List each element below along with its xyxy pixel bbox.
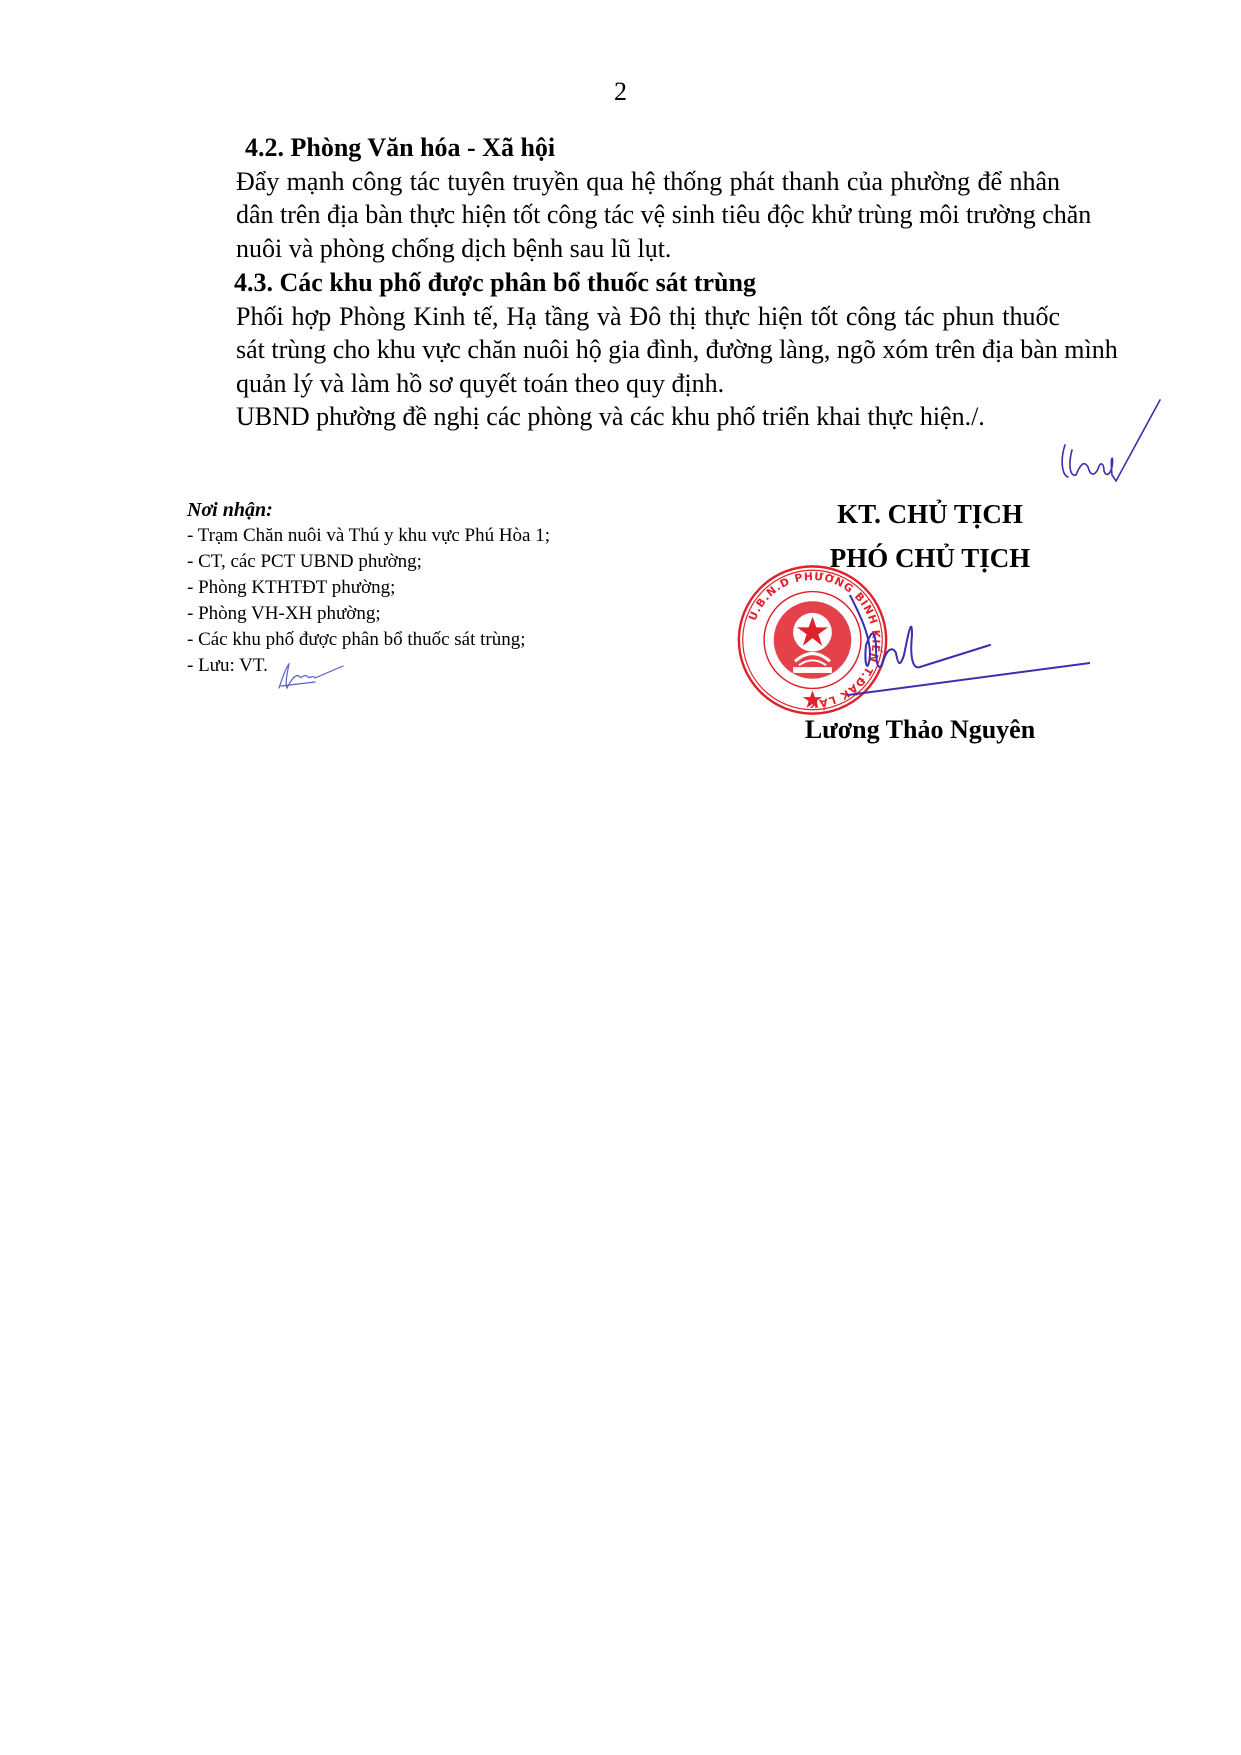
recipient-item: - Lưu: VT. — [187, 653, 647, 679]
closing-line: UBND phường đề nghị các phòng và các khu… — [178, 400, 1060, 434]
closing-paragraph: UBND phường đề nghị các phòng và các khu… — [178, 400, 1060, 434]
paragraph-line: nuôi và phòng chống dịch bệnh sau lũ lụt… — [178, 232, 1060, 266]
paragraph-line: Đẩy mạnh công tác tuyên truyền qua hệ th… — [178, 165, 1060, 199]
recipient-item: - Các khu phố được phân bổ thuốc sát trù… — [187, 627, 647, 653]
paragraph-line: dân trên địa bàn thực hiện tốt công tác … — [178, 198, 1060, 232]
recipient-item: - Phòng VH-XH phường; — [187, 601, 647, 627]
main-signature-icon — [840, 595, 1090, 715]
section-4-3: 4.3. Các khu phố được phân bổ thuốc sát … — [178, 266, 1060, 434]
signer-name: Lương Thảo Nguyên — [760, 715, 1080, 745]
section-heading: 4.3. Các khu phố được phân bổ thuốc sát … — [178, 266, 1060, 300]
archive-initial-icon — [275, 658, 345, 692]
recipients-title: Nơi nhận: — [187, 497, 647, 523]
initial-signature-icon — [1050, 395, 1170, 495]
section-paragraph: Đẩy mạnh công tác tuyên truyền qua hệ th… — [178, 165, 1060, 266]
signature-role-line-1: KT. CHỦ TỊCH — [780, 492, 1080, 536]
paragraph-line: quản lý và làm hồ sơ quyết toán theo quy… — [178, 367, 1060, 401]
recipient-item: - CT, các PCT UBND phường; — [187, 549, 647, 575]
paragraph-line: sát trùng cho khu vực chăn nuôi hộ gia đ… — [178, 333, 1060, 367]
recipient-item: - Trạm Chăn nuôi và Thú y khu vực Phú Hò… — [187, 523, 647, 549]
recipients-block: Nơi nhận: - Trạm Chăn nuôi và Thú y khu … — [187, 497, 647, 679]
recipient-item: - Phòng KTHTĐT phường; — [187, 575, 647, 601]
section-heading: 4.2. Phòng Văn hóa - Xã hội — [178, 131, 1060, 165]
paragraph-line: Phối hợp Phòng Kinh tế, Hạ tầng và Đô th… — [178, 300, 1060, 334]
section-paragraph: Phối hợp Phòng Kinh tế, Hạ tầng và Đô th… — [178, 300, 1060, 401]
section-4-2: 4.2. Phòng Văn hóa - Xã hội Đẩy mạnh côn… — [178, 131, 1060, 265]
page-number: 2 — [0, 77, 1241, 107]
